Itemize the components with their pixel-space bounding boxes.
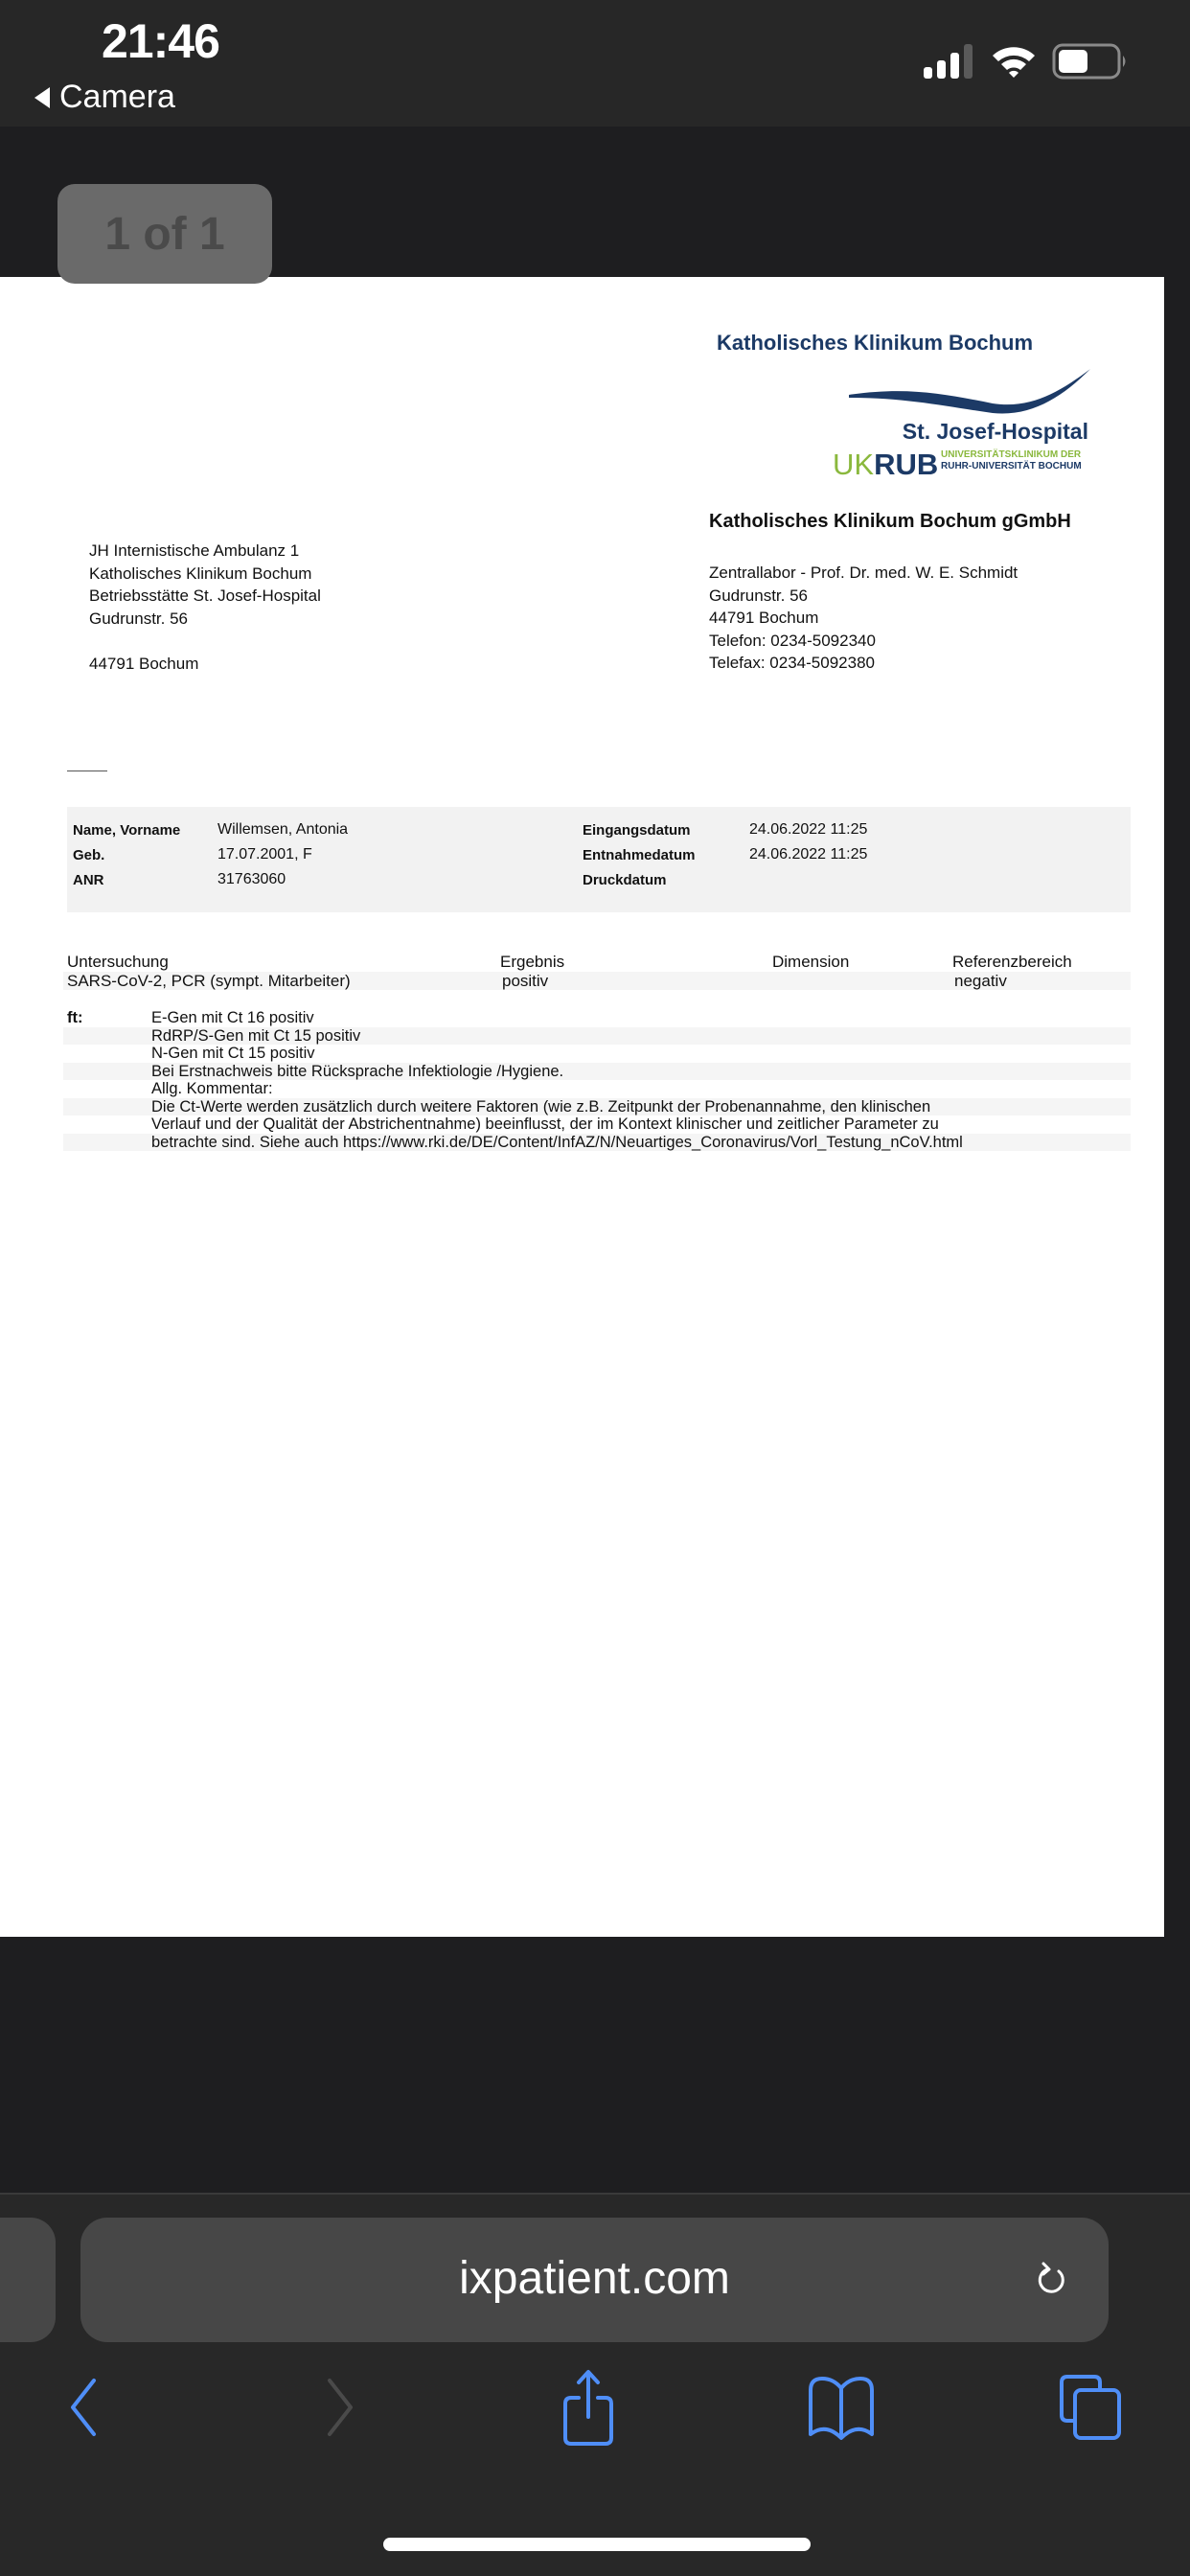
table-row: SARS-CoV-2, PCR (sympt. Mitarbeiter) pos… xyxy=(63,972,1131,990)
back-triangle-icon xyxy=(34,87,50,108)
pdf-page[interactable]: Katholisches Klinikum Bochum St. Josef-H… xyxy=(0,277,1164,1937)
finding-line: Verlauf und der Qualität der Abstrichent… xyxy=(63,1115,1131,1133)
finding-line: Allg. Kommentar: xyxy=(63,1080,1131,1097)
logo-title: Katholisches Klinikum Bochum xyxy=(717,331,1033,356)
finding-line: ft: E-Gen mit Ct 16 positiv xyxy=(63,1009,1131,1026)
dob-value: 17.07.2001, F xyxy=(217,846,312,863)
collected-value: 24.06.2022 11:25 xyxy=(749,846,867,863)
tabs-icon[interactable] xyxy=(1058,2375,1125,2442)
back-to-app-button[interactable]: Camera xyxy=(34,79,175,116)
cellular-signal-icon xyxy=(924,44,975,79)
logo-swoosh-icon xyxy=(715,354,1098,421)
battery-icon xyxy=(1052,42,1129,80)
wifi-icon xyxy=(991,44,1037,79)
reload-icon[interactable] xyxy=(1034,2258,1072,2300)
logo-hospital: St. Josef-Hospital xyxy=(903,419,1088,445)
nav-buttons xyxy=(0,2377,1190,2463)
url-text[interactable]: ixpatient.com xyxy=(80,2252,1109,2305)
home-indicator[interactable] xyxy=(383,2538,811,2551)
lab-name: Katholisches Klinikum Bochum gGmbH xyxy=(709,511,1071,533)
name-label: Name, Vorname xyxy=(73,822,180,839)
share-icon[interactable] xyxy=(560,2369,617,2448)
browser-toolbar: ixpatient.com xyxy=(0,2193,1190,2576)
divider xyxy=(67,770,107,771)
logo-ukrub-subtitle: UNIVERSITÄTSKLINIKUM DER RUHR-UNIVERSITÄ… xyxy=(941,449,1082,472)
patient-info-box: Name, Vorname Willemsen, Antonia Geb. 17… xyxy=(67,807,1131,912)
bookmarks-icon[interactable] xyxy=(805,2377,878,2442)
results-header: Untersuchung Ergebnis Dimension Referenz… xyxy=(63,953,1131,971)
forward-chevron-icon[interactable] xyxy=(320,2377,358,2438)
status-icons xyxy=(924,42,1129,80)
back-chevron-icon[interactable] xyxy=(65,2377,103,2438)
received-label: Eingangsdatum xyxy=(583,822,691,839)
lab-address: Zentrallabor - Prof. Dr. med. W. E. Schm… xyxy=(709,562,1018,675)
page-indicator: 1 of 1 xyxy=(57,184,272,284)
findings-label: ft: xyxy=(67,1009,82,1027)
clock: 21:46 xyxy=(102,13,219,69)
finding-line: Die Ct-Werte werden zusätzlich durch wei… xyxy=(63,1098,1131,1115)
finding-line: RdRP/S-Gen mit Ct 15 positiv xyxy=(63,1027,1131,1045)
printed-label: Druckdatum xyxy=(583,872,667,888)
anr-value: 31763060 xyxy=(217,871,286,888)
name-value: Willemsen, Antonia xyxy=(217,821,348,839)
anr-label: ANR xyxy=(73,872,104,888)
collected-label: Entnahmedatum xyxy=(583,847,696,863)
dob-label: Geb. xyxy=(73,847,104,863)
previous-tab-peek[interactable] xyxy=(0,2218,56,2342)
received-value: 24.06.2022 11:25 xyxy=(749,821,867,839)
finding-line: Bei Erstnachweis bitte Rücksprache Infek… xyxy=(63,1063,1131,1080)
back-app-label: Camera xyxy=(59,79,175,116)
finding-line: N-Gen mit Ct 15 positiv xyxy=(63,1045,1131,1062)
logo-ukrub: UKRUB xyxy=(833,448,938,482)
address-bar[interactable]: ixpatient.com xyxy=(80,2218,1109,2342)
lab-report: Katholisches Klinikum Bochum St. Josef-H… xyxy=(0,277,1164,1937)
finding-line: betrachte sind. Siehe auch https://www.r… xyxy=(63,1134,1131,1151)
status-bar: 21:46 Camera xyxy=(0,0,1190,126)
recipient-address: JH Internistische Ambulanz 1 Katholische… xyxy=(89,540,321,675)
